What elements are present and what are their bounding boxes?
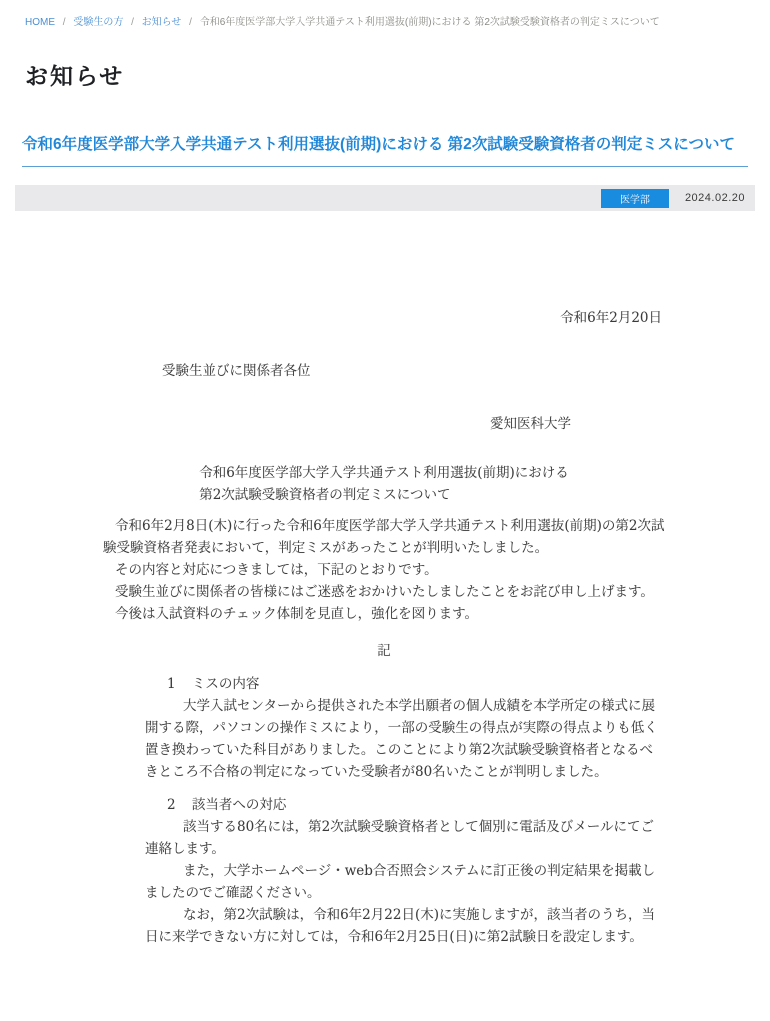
letter-title-line2: 第2次試験受験資格者の判定ミスについて [199, 484, 569, 506]
breadcrumb-separator: / [189, 17, 192, 28]
letter-paragraph: その内容と対応につきましては，下記のとおりです。 [103, 559, 665, 581]
article-meta-bar: 医学部 2024.02.20 [15, 185, 755, 211]
letter-title-line1: 令和6年度医学部大学入学共通テスト利用選抜(前期)における [199, 462, 569, 484]
letter-image: 令和6年2月20日 受験生並びに関係者各位 愛知医科大学 令和6年度医学部大学入… [103, 307, 665, 948]
letter-section-2: 2 該当者への対応 該当する80名には，第2次試験受験資格者として個別に電話及び… [145, 794, 665, 948]
breadcrumb-separator: / [63, 17, 66, 28]
section-title: 該当者への対応 [192, 797, 287, 813]
letter-paragraph: 受験生並びに関係者の皆様にはご迷惑をおかけいたしましたことをお詫び申し上げます。 [103, 581, 665, 603]
breadcrumb: HOME / 受験生の方 / お知らせ / 令和6年度医学部大学入学共通テスト利… [0, 0, 770, 28]
letter-paragraph: なお，第2次試験は，令和6年2月22日(木)に実施しますが，該当者のうち，当日に… [145, 904, 665, 948]
letter-date: 令和6年2月20日 [103, 307, 665, 329]
letter-sender: 愛知医科大学 [103, 413, 665, 435]
letter-section-2-heading: 2 該当者への対応 [145, 794, 665, 816]
page-title: お知らせ [25, 58, 745, 91]
article-date: 2024.02.20 [685, 192, 745, 204]
letter-paragraph: 大学入試センターから提供された本学出願者の個人成績を本学所定の様式に展開する際，… [145, 695, 665, 783]
letter-section-1: 1 ミスの内容 大学入試センターから提供された本学出願者の個人成績を本学所定の様… [145, 673, 665, 783]
breadcrumb-link-home[interactable]: HOME [25, 17, 55, 28]
category-badge-medical[interactable]: 医学部 [601, 189, 669, 208]
letter-body: 令和6年2月8日(木)に行った令和6年度医学部大学入学共通テスト利用選抜(前期)… [103, 515, 665, 625]
breadcrumb-current-page: 令和6年度医学部大学入学共通テスト利用選抜(前期)における 第2次試験受験資格者… [200, 17, 660, 28]
letter-section-1-heading: 1 ミスの内容 [145, 673, 665, 695]
breadcrumb-link-examinees[interactable]: 受験生の方 [73, 17, 123, 28]
letter-addressee: 受験生並びに関係者各位 [103, 360, 665, 382]
letter-title: 令和6年度医学部大学入学共通テスト利用選抜(前期)における 第2次試験受験資格者… [199, 462, 569, 506]
breadcrumb-separator: / [131, 17, 134, 28]
letter-paragraph: 該当する80名には，第2次試験受験資格者として個別に電話及びメールにてご連絡しま… [145, 816, 665, 860]
section-number: 1 [167, 673, 176, 695]
letter-ki-marker: 記 [103, 640, 665, 662]
article-title: 令和6年度医学部大学入学共通テスト利用選抜(前期)における 第2次試験受験資格者… [22, 133, 748, 167]
section-number: 2 [167, 794, 176, 816]
letter-paragraph: 今後は入試資料のチェック体制を見直し，強化を図ります。 [103, 603, 665, 625]
letter-paragraph: また，大学ホームページ・web合否照会システムに訂正後の判定結果を掲載しましたの… [145, 860, 665, 904]
section-title: ミスの内容 [192, 676, 260, 692]
letter-paragraph: 令和6年2月8日(木)に行った令和6年度医学部大学入学共通テスト利用選抜(前期)… [103, 515, 665, 559]
breadcrumb-link-news[interactable]: お知らせ [142, 17, 182, 28]
